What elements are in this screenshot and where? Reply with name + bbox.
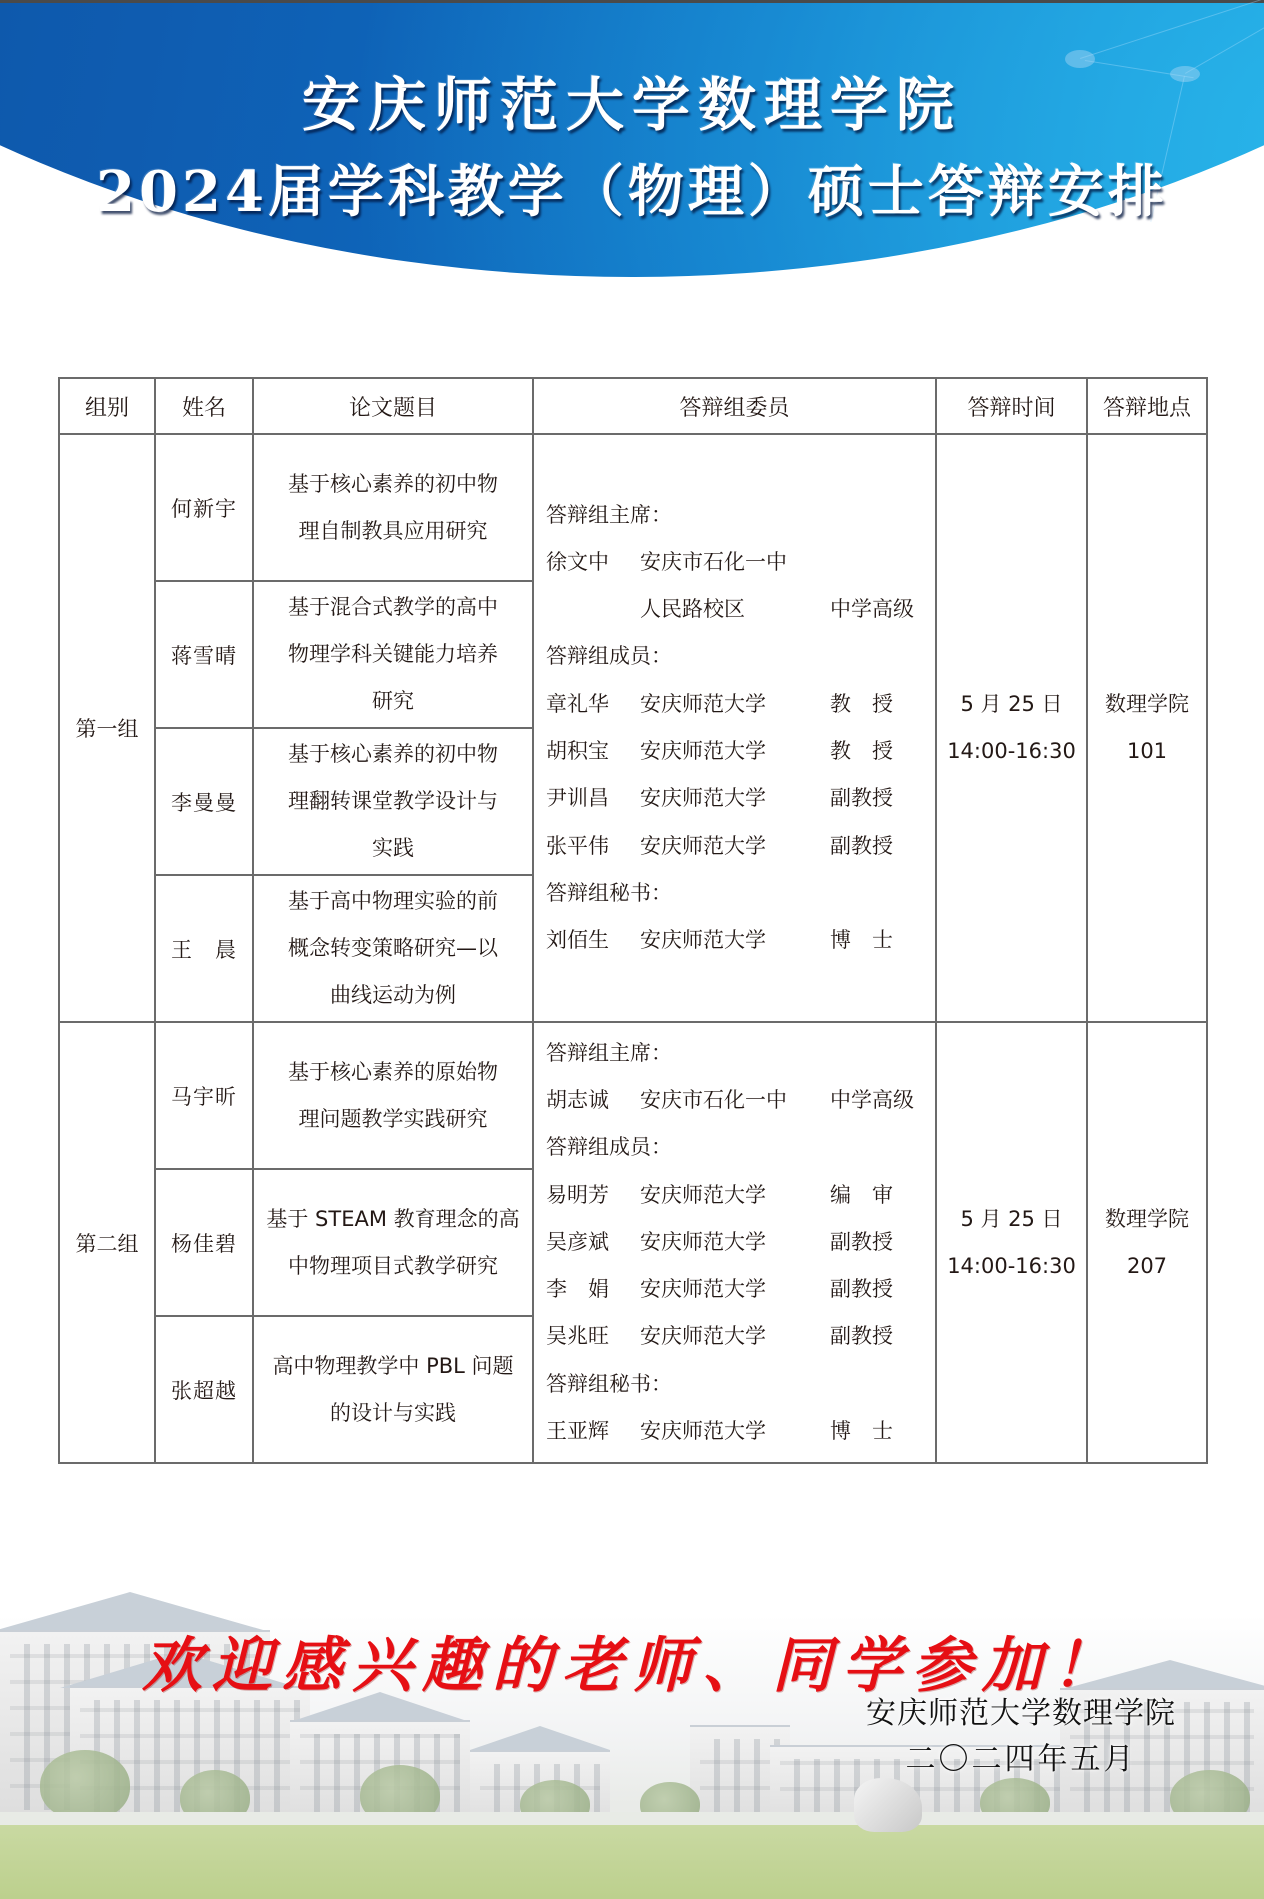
committee-line: 答辩组成员： [546,1124,935,1171]
column-header-topic: 论文题目 [253,378,533,434]
defense-room: 207 [1088,1243,1206,1290]
group-cell: 第一组 [59,434,155,1022]
header-banner: 安庆师范大学数理学院 2024届学科教学（物理）硕士答辩安排 [0,0,1264,300]
group-cell: 第二组 [59,1022,155,1463]
committee-line: 胡积宝安庆师范大学教 授 [546,728,935,775]
thesis-topic-line: 基于核心素养的初中物 [264,731,522,778]
footer-campus-scene: 欢迎感兴趣的老师、同学参加！ 安庆师范大学数理学院 二〇二四年五月 [0,1520,1264,1899]
committee-line: 张平伟安庆师范大学副教授 [546,823,935,870]
banner-top-border [0,0,1264,3]
committee-member-title: 副教授 [830,775,893,822]
committee-member-name: 徐文中 [546,539,609,586]
committee-line: 答辩组秘书： [546,870,935,917]
committee-member-name: 刘佰生 [546,917,609,964]
thesis-topic-line: 的设计与实践 [264,1390,522,1437]
student-name-cell: 杨佳碧 [155,1169,253,1316]
committee-role-heading: 答辩组秘书： [546,870,672,917]
committee-line: 徐文中安庆市石化一中 [546,539,935,586]
committee-member-title: 博 士 [830,1408,893,1455]
committee-member-affiliation: 安庆师范大学 [640,1266,766,1313]
defense-date: 5 月 25 日 [937,1196,1086,1243]
column-header-place: 答辩地点 [1087,378,1207,434]
defense-room: 101 [1088,728,1206,775]
committee-member-name: 易明芳 [546,1172,609,1219]
committee-member-affiliation: 安庆师范大学 [640,775,766,822]
table-header-row: 组别 姓名 论文题目 答辩组委员 答辩时间 答辩地点 [59,378,1207,434]
committee-member-affiliation: 安庆师范大学 [640,681,766,728]
defense-date: 5 月 25 日 [937,681,1086,728]
student-name-cell: 王 晨 [155,875,253,1022]
thesis-topic-line: 概念转变策略研究—以 [264,925,522,972]
committee-line: 易明芳安庆师范大学编 审 [546,1172,935,1219]
committee-member-title: 教 授 [830,681,893,728]
committee-role-heading: 答辩组主席： [546,1030,672,1077]
thesis-topic-line: 实践 [264,825,522,872]
thesis-topic-line: 基于 STEAM 教育理念的高 [264,1196,522,1243]
thesis-topic-line: 基于高中物理实验的前 [264,878,522,925]
student-name: 马宇昕 [171,1085,237,1109]
committee-line: 答辩组主席： [546,492,935,539]
building-roof-decoration [470,1726,610,1750]
thesis-topic-line: 基于核心素养的原始物 [264,1049,522,1096]
committee-line: 章礼华安庆师范大学教 授 [546,681,935,728]
student-name: 蒋雪晴 [171,644,237,668]
lawn-decoration [0,1825,1264,1899]
committee-member-title: 副教授 [830,1266,893,1313]
committee-member-name: 李 娟 [546,1266,609,1313]
committee-member-affiliation: 人民路校区 [640,586,745,633]
thesis-topic-cell: 基于核心素养的初中物 理翻转课堂教学设计与 实践 [253,728,533,875]
thesis-topic-cell: 基于高中物理实验的前 概念转变策略研究—以 曲线运动为例 [253,875,533,1022]
committee-line: 刘佰生安庆师范大学博 士 [546,917,935,964]
committee-line: 吴彦斌安庆师范大学副教授 [546,1219,935,1266]
committee-line: 答辩组成员： [546,633,935,680]
committee-member-title: 中学高级 [830,586,914,633]
student-name: 王 晨 [171,938,237,962]
committee-line: 答辩组秘书： [546,1361,935,1408]
committee-member-title: 副教授 [830,823,893,870]
defense-building: 数理学院 [1088,681,1206,728]
student-name-cell: 蒋雪晴 [155,581,253,728]
thesis-topic-cell: 基于核心素养的原始物 理问题教学实践研究 [253,1022,533,1169]
thesis-topic-cell: 基于混合式教学的高中 物理学科关键能力培养 研究 [253,581,533,728]
committee-member-name: 尹训昌 [546,775,609,822]
committee-member-title: 教 授 [830,728,893,775]
committee-line: 胡志诚安庆市石化一中中学高级 [546,1077,935,1124]
thesis-topic-line: 曲线运动为例 [264,972,522,1019]
page-title-institution: 安庆师范大学数理学院 [0,58,1264,142]
student-name-cell: 马宇昕 [155,1022,253,1169]
issue-date: 二〇二四年五月 [846,1734,1196,1778]
committee-cell: 答辩组主席： 胡志诚安庆市石化一中中学高级 答辩组成员： 易明芳安庆师范大学编 … [533,1022,936,1463]
committee-line: 尹训昌安庆师范大学副教授 [546,775,935,822]
defense-time-range: 14:00-16:30 [937,728,1086,775]
thesis-topic-line: 理问题教学实践研究 [264,1096,522,1143]
committee-member-title: 博 士 [830,917,893,964]
committee-member-name: 张平伟 [546,823,609,870]
committee-line: 吴兆旺安庆师范大学副教授 [546,1313,935,1360]
committee-line: 李 娟安庆师范大学副教授 [546,1266,935,1313]
committee-member-affiliation: 安庆师范大学 [640,917,766,964]
committee-member-title: 副教授 [830,1219,893,1266]
committee-line: 王亚辉安庆师范大学博 士 [546,1408,935,1455]
table-row: 第二组 马宇昕 基于核心素养的原始物 理问题教学实践研究 答辩组主席： 胡志诚安… [59,1022,1207,1169]
thesis-topic-line: 理翻转课堂教学设计与 [264,778,522,825]
student-name: 李曼曼 [171,791,237,815]
committee-role-heading: 答辩组主席： [546,492,672,539]
student-name: 张超越 [171,1379,237,1403]
committee-member-title: 副教授 [830,1313,893,1360]
thesis-topic-cell: 高中物理教学中 PBL 问题 的设计与实践 [253,1316,533,1463]
table-row: 第一组 何新宇 基于核心素养的初中物 理自制教具应用研究 答辩组主席： 徐文中安… [59,434,1207,581]
committee-member-affiliation: 安庆市石化一中 [640,1077,787,1124]
committee-member-affiliation: 安庆市石化一中 [640,539,787,586]
committee-role-heading: 答辩组秘书： [546,1361,672,1408]
thesis-topic-line: 中物理项目式教学研究 [264,1243,522,1290]
thesis-topic-line: 高中物理教学中 PBL 问题 [264,1343,522,1390]
committee-member-title: 中学高级 [830,1077,914,1124]
student-name: 杨佳碧 [171,1232,237,1256]
organizer-name: 安庆师范大学数理学院 [846,1688,1196,1732]
column-header-committee: 答辩组委员 [533,378,936,434]
committee-member-name: 吴兆旺 [546,1313,609,1360]
thesis-topic-line: 基于核心素养的初中物 [264,461,522,508]
thesis-topic-cell: 基于核心素养的初中物 理自制教具应用研究 [253,434,533,581]
committee-member-name: 胡志诚 [546,1077,609,1124]
committee-member-title: 编 审 [830,1172,893,1219]
thesis-topic-cell: 基于 STEAM 教育理念的高 中物理项目式教学研究 [253,1169,533,1316]
column-header-name: 姓名 [155,378,253,434]
committee-member-name: 章礼华 [546,681,609,728]
thesis-topic-line: 基于混合式教学的高中 [264,584,522,631]
committee-role-heading: 答辩组成员： [546,633,672,680]
page-title-event: 2024届学科教学（物理）硕士答辩安排 [0,148,1264,228]
thesis-topic-line: 研究 [264,678,522,725]
thesis-topic-line: 物理学科关键能力培养 [264,631,522,678]
committee-line: 答辩组主席： [546,1030,935,1077]
thesis-topic-line: 理自制教具应用研究 [264,508,522,555]
committee-member-name: 胡积宝 [546,728,609,775]
tree-decoration [40,1750,130,1820]
committee-member-name: 吴彦斌 [546,1219,609,1266]
defense-building: 数理学院 [1088,1196,1206,1243]
committee-member-affiliation: 安庆师范大学 [640,1313,766,1360]
committee-member-name: 王亚辉 [546,1408,609,1455]
student-name-cell: 张超越 [155,1316,253,1463]
committee-member-affiliation: 安庆师范大学 [640,728,766,775]
committee-line: 人民路校区中学高级 [546,586,935,633]
student-name: 何新宇 [171,497,237,521]
defense-place-cell: 数理学院 101 [1087,434,1207,1022]
defense-time-cell: 5 月 25 日 14:00-16:30 [936,1022,1087,1463]
column-header-time: 答辩时间 [936,378,1087,434]
group-label: 第二组 [76,1232,139,1256]
committee-member-affiliation: 安庆师范大学 [640,823,766,870]
student-name-cell: 何新宇 [155,434,253,581]
committee-member-affiliation: 安庆师范大学 [640,1172,766,1219]
group-label: 第一组 [76,717,139,741]
defense-time-cell: 5 月 25 日 14:00-16:30 [936,434,1087,1022]
defense-schedule-table: 组别 姓名 论文题目 答辩组委员 答辩时间 答辩地点 第一组 何新宇 基于核心素… [58,377,1208,1464]
committee-member-affiliation: 安庆师范大学 [640,1408,766,1455]
committee-role-heading: 答辩组成员： [546,1124,672,1171]
student-name-cell: 李曼曼 [155,728,253,875]
column-header-group: 组别 [59,378,155,434]
committee-member-affiliation: 安庆师范大学 [640,1219,766,1266]
defense-time-range: 14:00-16:30 [937,1243,1086,1290]
committee-cell: 答辩组主席： 徐文中安庆市石化一中 人民路校区中学高级 答辩组成员： 章礼华安庆… [533,434,936,1022]
defense-place-cell: 数理学院 207 [1087,1022,1207,1463]
